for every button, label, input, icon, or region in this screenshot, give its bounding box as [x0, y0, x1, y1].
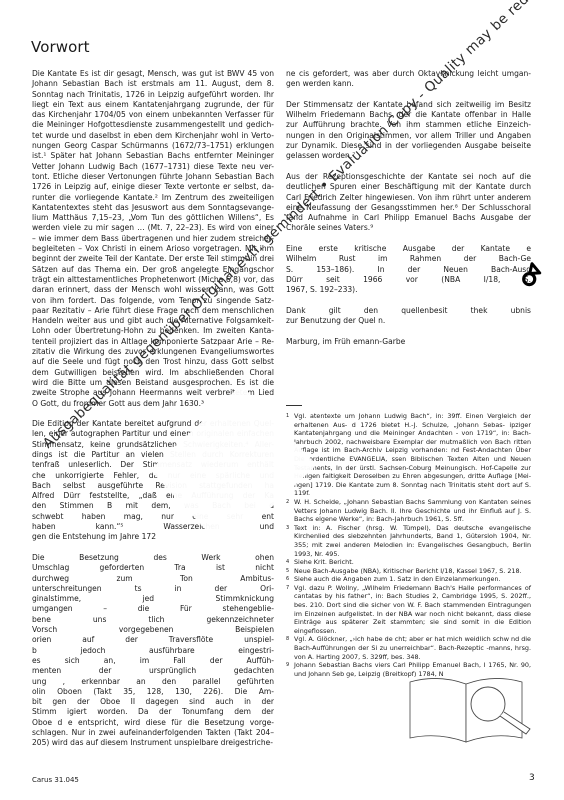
footnote-number: 1 [286, 412, 289, 421]
text-line: Handeln weiter aus und gibt auch die Alt… [32, 316, 274, 326]
text-line: Johann Sebastian Bach ist erstmals am 11… [32, 79, 274, 89]
text-line: umgangen – die Für stehengeblie- [32, 604, 274, 614]
catalog-number: Carus 31.045 [32, 776, 79, 784]
footnote-text: Neue Bach-Ausgabe (NBA), Kritischer Beri… [294, 567, 522, 575]
footnote-number: 4 [286, 558, 289, 567]
text-line: Dürr seit 1966 vor (NBA I/18, S. [286, 275, 531, 285]
footnote-text: W. H. Scheide, „Johann Sebastian Bachs S… [294, 498, 531, 523]
paragraph-continuation: ne cis gefordert, was aber durch Oktavkn… [286, 69, 531, 90]
text-line: 1967, S. 192–233). [286, 285, 531, 295]
text-line: begleiteten – Vox Christi in einem Arios… [32, 244, 274, 254]
text-line: tont. Etliche dieser Vertonungen führte … [32, 172, 274, 182]
footnote-number: 8 [286, 635, 289, 644]
footnote-5: 5Neue Bach-Ausgabe (NBA), Kritischer Ber… [286, 567, 531, 576]
text-line: dem Gutwilligen beistehen wird. Im absch… [32, 368, 274, 378]
footnotes: 1Vgl. atentexte um Johann Ludwig Bach“, … [286, 412, 531, 678]
text-line: Dank gilt den quellenbesit thek ubnis [286, 306, 531, 316]
text-line: olin Oboen (Takt 35, 128, 130, 226). Die… [32, 687, 274, 697]
text-line: ist.¹ Später hat Johann Sebastian Bachs … [32, 151, 274, 161]
footnote-number: 2 [286, 498, 289, 507]
footnote-number: 9 [286, 661, 289, 670]
book-magnifier-icon [408, 672, 538, 751]
footnote-text: Vgl. A. Glöckner, „›ich habe de cht; abe… [294, 635, 531, 660]
footnote-text: Siehe auch die Angaben zum 1. Satz in de… [294, 575, 501, 583]
text-line: Kantatentextes steht das Jesuswort aus d… [32, 203, 274, 213]
text-line: – wie immer dem Bass übertragenen und hi… [32, 234, 274, 244]
text-line: die Meininger Hofgottesdienste zusammeng… [32, 120, 274, 130]
footnote-text: Vgl. dazu P. Wollny, „Wilhelm Friedemann… [294, 584, 531, 635]
text-line: ne cis gefordert, was aber durch Oktavkn… [286, 69, 531, 79]
footnote-3: 3Text in: A. Fischer (hrsg. W. Tümpel), … [286, 524, 531, 558]
text-line: Choräle seines Vaters.⁹ [286, 223, 531, 233]
text-line: ginalstimme, jed Stimmknickung [32, 594, 274, 604]
text-line: Marburg, im Früh emann-Garbe [286, 337, 531, 347]
footnote-4: 4Siehe Krit. Bericht. [286, 558, 531, 567]
text-line: liegt ein Text aus einem Kantatenjahrgan… [32, 100, 274, 110]
page-number: 3 [529, 773, 535, 783]
text-line: ung , erkennbar an den parallel geführte… [32, 677, 274, 687]
text-line: Eine erste kritische Ausgabe der Kantate… [286, 244, 531, 254]
footnote-number: 5 [286, 567, 289, 576]
paragraph-intro: Die Kantate Es ist dir gesagt, Mensch, w… [32, 69, 274, 409]
text-line: auf die Seele und fügt noch den Trost hi… [32, 357, 274, 367]
text-line: Vetter Johann Ludwig Bach (1677–1731) di… [32, 162, 274, 172]
footnote-1: 1Vgl. atentexte um Johann Ludwig Bach“, … [286, 412, 531, 498]
text-line: S. 153–186). In der Neuen Bach-Ausg [286, 265, 531, 275]
footnote-number: 3 [286, 524, 289, 533]
footnote-2: 2W. H. Scheide, „Johann Sebastian Bachs … [286, 498, 531, 524]
text-line: Die Besetzung des Werk ohen [32, 553, 274, 563]
text-line: nungen Georg Caspar Schürmanns (1672/73–… [32, 141, 274, 151]
text-line: paar Rezitativ – Arie führt diese Frage … [32, 306, 274, 316]
footnote-text: Siehe Krit. Bericht. [294, 558, 354, 566]
text-line: nungen in den Originalstimmen, vor allem… [286, 131, 531, 141]
footnote-number: 6 [286, 575, 289, 584]
text-line: runter die vorliegende Kantate.² Im Zent… [32, 193, 274, 203]
paragraph-signature: Marburg, im Früh emann-Garbe [286, 337, 531, 347]
text-line: durchweg zum Ton Ambitus- [32, 574, 274, 584]
text-line: bit gen der Oboe II dagegen sind auch in… [32, 697, 274, 707]
text-line: unterschreitungen ts in der Ori- [32, 584, 274, 594]
text-line: zur Aufführung brachte. Von ihm stammen … [286, 120, 531, 130]
text-line: das Kirchenjahr 1704/05 von einem unbeka… [32, 110, 274, 120]
text-line: bene uns tlich gekennzeichneter [32, 615, 274, 625]
text-line: es sich an, im Fall der Auffüh- [32, 656, 274, 666]
text-line: Stimm igiert worden. Da der Tonumfang de… [32, 707, 274, 717]
text-line: von ihm fordert. Das folgende, vom Tenor… [32, 296, 274, 306]
text-line: gen werden kann. [286, 79, 531, 89]
text-line: menten der ursprünglich gedachten [32, 666, 274, 676]
paragraph-besetzung: Die Besetzung des Werk ohenUmschlag gefo… [32, 553, 274, 749]
text-line: eine Neufassung der Gesangsstimmen her.⁸… [286, 203, 531, 213]
paragraph-kritische-ausgabe: Eine erste kritische Ausgabe der Kantate… [286, 244, 531, 295]
footnote-divider [286, 405, 302, 406]
text-line: Vorsch vorgegebenen Beispielen [32, 625, 274, 635]
text-line: werden viele zu mir sagen … (Mt. 7, 22–2… [32, 223, 274, 233]
page-title: Vorwort [31, 38, 90, 56]
text-line: 205) wird das auf diesem Instrument unsp… [32, 738, 274, 748]
footnote-number: 7 [286, 584, 289, 593]
text-line: schlagen. Nur in zwei aufeinanderfolgend… [32, 728, 274, 738]
text-line: b jedoch ausführbare eingestri- [32, 646, 274, 656]
footnote-6: 6Siehe auch die Angaben zum 1. Satz in d… [286, 575, 531, 584]
text-line: Die Kantate Es ist dir gesagt, Mensch, w… [32, 69, 274, 79]
footnote-8: 8Vgl. A. Glöckner, „›ich habe de cht; ab… [286, 635, 531, 661]
text-line: Wilhelm Rust im Rahmen der Bach-Ge [286, 254, 531, 264]
text-line: daran erinnert, dass der Mensch wohl wis… [32, 285, 274, 295]
footnote-text: Vgl. atentexte um Johann Ludwig Bach“, i… [294, 412, 531, 497]
carus-logo-icon [518, 262, 544, 292]
text-line: 1726 in Leipzig auf, einige dieser Texte… [32, 182, 274, 192]
text-line: orien auf der Traversflöte unspiel- [32, 635, 274, 645]
paragraph-dank: Dank gilt den quellenbesit thek ubniszur… [286, 306, 531, 327]
footnote-7: 7Vgl. dazu P. Wollny, „Wilhelm Friedeman… [286, 584, 531, 636]
text-line: zur Dynamik. Diese sind in der vorliegen… [286, 141, 531, 151]
text-line: Sonntag nach Trinitatis, 1726 in Leipzig… [32, 90, 274, 100]
text-line: Umschlag geforderten Tra ist nicht [32, 563, 274, 573]
footnote-text: Text in: A. Fischer (hrsg. W. Tümpel), D… [294, 524, 531, 558]
text-line: lium Matthäus 7,15–23, „Vom Tun des gött… [32, 213, 274, 223]
text-line: tet wurde und daselbst in eben dem Kirch… [32, 131, 274, 141]
text-line: Oboe d e entspricht, wird diese für die … [32, 718, 274, 728]
text-line: gelassen worden.⁷ [286, 151, 531, 161]
text-line: zur Benutzung der Quel n. [286, 316, 531, 326]
text-line: fand Aufnahme in Carl Philipp Emanuel Ba… [286, 213, 531, 223]
